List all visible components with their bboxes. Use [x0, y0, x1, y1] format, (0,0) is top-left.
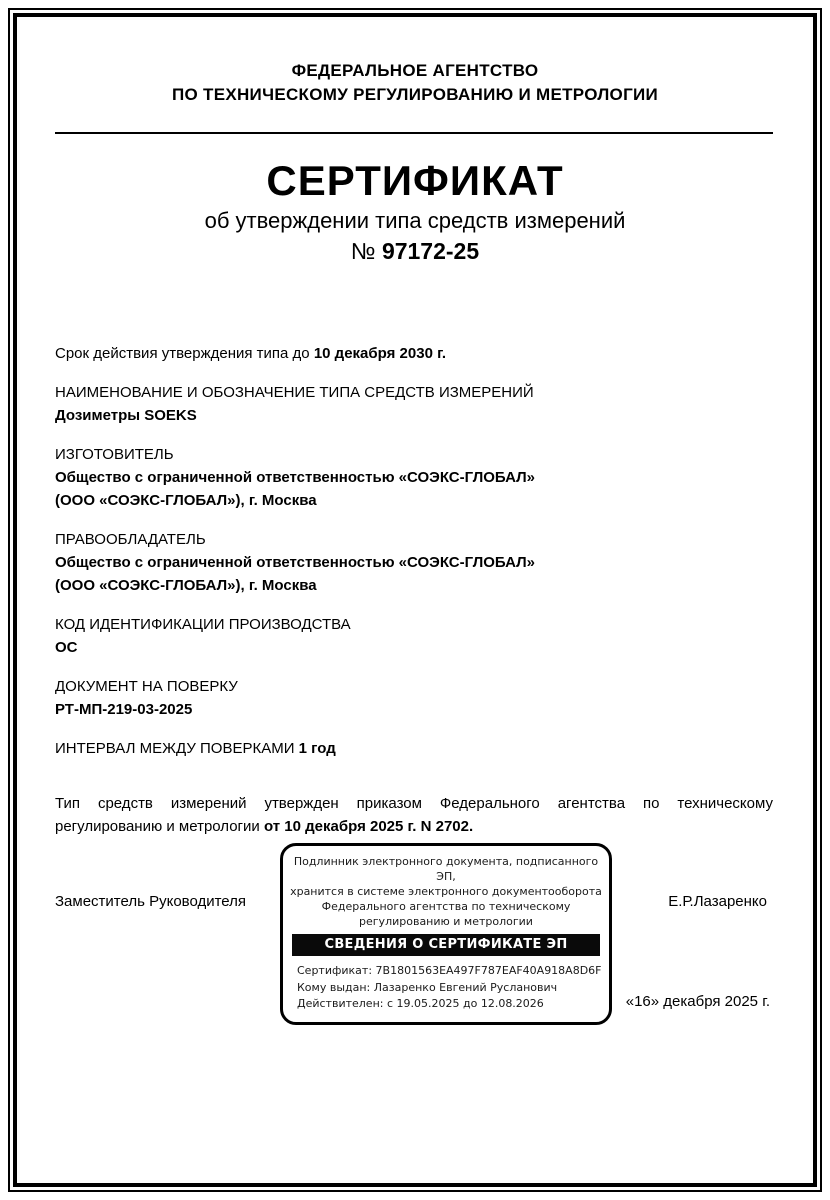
validity-value: 10 декабря 2030 г. — [314, 345, 446, 362]
production-code-value: ОС — [55, 636, 773, 659]
stamp-valid-line: Действителен: с 19.05.2025 до 12.08.2026 — [297, 996, 603, 1013]
stamp-bar-title: СВЕДЕНИЯ О СЕРТИФИКАТЕ ЭП — [292, 934, 600, 956]
certificate-number: № 97172-25 — [17, 238, 813, 264]
rights-holder-value-line2: (ООО «СОЭКС-ГЛОБАЛ»), г. Москва — [55, 574, 773, 597]
type-name-value: Дозиметры SOEKS — [55, 404, 773, 427]
approval-text-bold: от 10 декабря 2025 г. N 2702. — [264, 818, 473, 835]
type-name-section: НАИМЕНОВАНИЕ И ОБОЗНАЧЕНИЕ ТИПА СРЕДСТВ … — [55, 381, 773, 427]
header-divider-rule — [55, 132, 773, 134]
production-code-label: КОД ИДЕНТИФИКАЦИИ ПРОИЗВОДСТВА — [55, 613, 773, 636]
stamp-issued-line: Кому выдан: Лазаренко Евгений Русланович — [297, 980, 603, 997]
interval-value: 1 год — [299, 740, 336, 757]
verification-doc-section: ДОКУМЕНТ НА ПОВЕРКУ РТ-МП-219-03-2025 — [55, 675, 773, 721]
agency-header-line2: ПО ТЕХНИЧЕСКОМУ РЕГУЛИРОВАНИЮ И МЕТРОЛОГ… — [17, 83, 813, 107]
approval-paragraph: Тип средств измерений утвержден приказом… — [55, 792, 773, 838]
certificate-page: ФЕДЕРАЛЬНОЕ АГЕНТСТВО ПО ТЕХНИЧЕСКОМУ РЕ… — [0, 0, 830, 1200]
stamp-header-line4: регулированию и метрологии — [289, 914, 603, 929]
type-name-label: НАИМЕНОВАНИЕ И ОБОЗНАЧЕНИЕ ТИПА СРЕДСТВ … — [55, 381, 773, 404]
stamp-certificate-line: Сертификат: 7B1801563EA497F787EAF40A918A… — [297, 963, 603, 980]
stamp-header: Подлинник электронного документа, подпис… — [289, 854, 603, 929]
signer-position: Заместитель Руководителя — [55, 893, 246, 910]
signature-date: «16» декабря 2025 г. — [626, 993, 770, 1010]
number-value: 97172-25 — [382, 238, 479, 264]
stamp-header-line2: хранится в системе электронного документ… — [289, 884, 603, 899]
rights-holder-label: ПРАВООБЛАДАТЕЛЬ — [55, 528, 773, 551]
stamp-header-line1: Подлинник электронного документа, подпис… — [289, 854, 603, 884]
interval-line: ИНТЕРВАЛ МЕЖДУ ПОВЕРКАМИ 1 год — [55, 737, 773, 760]
agency-header-line1: ФЕДЕРАЛЬНОЕ АГЕНТСТВО — [17, 59, 813, 83]
e-signature-stamp: Подлинник электронного документа, подпис… — [280, 843, 612, 1025]
rights-holder-section: ПРАВООБЛАДАТЕЛЬ Общество с ограниченной … — [55, 528, 773, 597]
verification-doc-label: ДОКУМЕНТ НА ПОВЕРКУ — [55, 675, 773, 698]
validity-line: Срок действия утверждения типа до 10 дек… — [55, 342, 773, 365]
production-code-section: КОД ИДЕНТИФИКАЦИИ ПРОИЗВОДСТВА ОС — [55, 613, 773, 659]
manufacturer-value-line1: Общество с ограниченной ответственностью… — [55, 466, 773, 489]
validity-label: Срок действия утверждения типа до — [55, 345, 310, 362]
certificate-subtitle: об утверждении типа средств измерений — [17, 208, 813, 234]
number-sign: № — [351, 238, 376, 264]
manufacturer-value-line2: (ООО «СОЭКС-ГЛОБАЛ»), г. Москва — [55, 489, 773, 512]
interval-label: ИНТЕРВАЛ МЕЖДУ ПОВЕРКАМИ — [55, 740, 295, 757]
rights-holder-value-line1: Общество с ограниченной ответственностью… — [55, 551, 773, 574]
manufacturer-section: ИЗГОТОВИТЕЛЬ Общество с ограниченной отв… — [55, 443, 773, 512]
certificate-title: СЕРТИФИКАТ — [17, 158, 813, 204]
verification-doc-value: РТ-МП-219-03-2025 — [55, 698, 773, 721]
manufacturer-label: ИЗГОТОВИТЕЛЬ — [55, 443, 773, 466]
agency-header: ФЕДЕРАЛЬНОЕ АГЕНТСТВО ПО ТЕХНИЧЕСКОМУ РЕ… — [17, 59, 813, 107]
signer-name: Е.Р.Лазаренко — [668, 893, 767, 910]
signature-area: Заместитель Руководителя Е.Р.Лазаренко П… — [17, 838, 813, 1048]
stamp-header-line3: Федерального агентства по техническому — [289, 899, 603, 914]
page-content: ФЕДЕРАЛЬНОЕ АГЕНТСТВО ПО ТЕХНИЧЕСКОМУ РЕ… — [17, 17, 813, 1183]
certificate-body: Срок действия утверждения типа до 10 дек… — [55, 342, 773, 838]
